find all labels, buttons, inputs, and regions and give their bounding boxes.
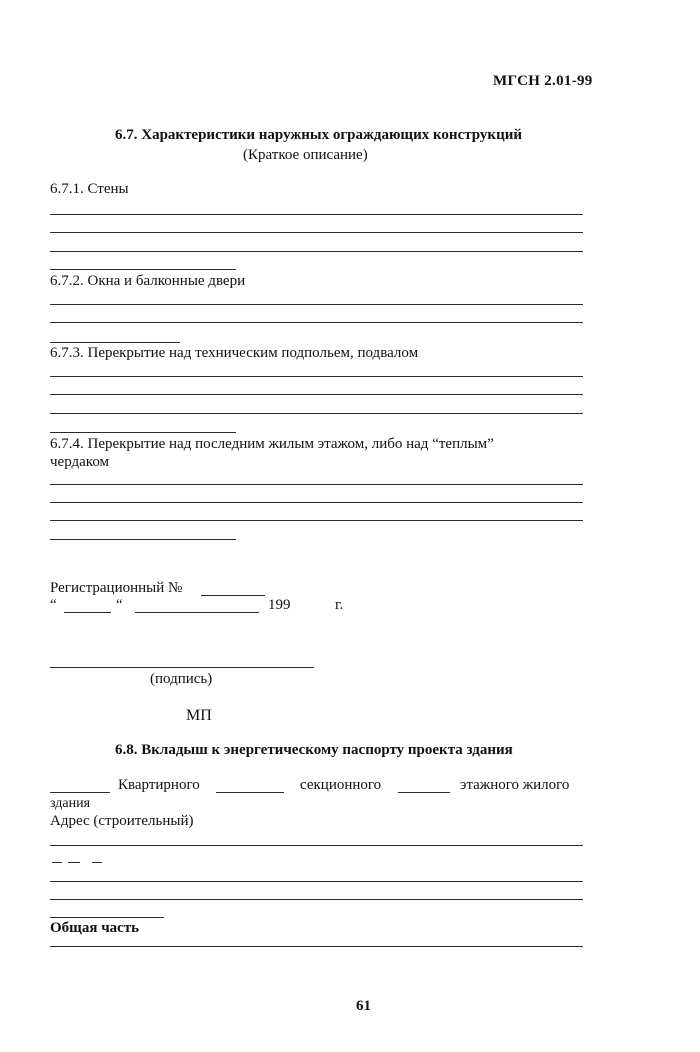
address-fill-line-2[interactable] (50, 881, 583, 882)
walls-fill-line-4[interactable] (50, 269, 236, 270)
address-fill-dash-3 (92, 862, 102, 863)
address-fill-line-4[interactable] (50, 917, 164, 918)
section-6-7-subtitle: (Краткое описание) (243, 147, 368, 164)
item-top-floor-ceiling-label-cont: чердаком (50, 454, 109, 471)
registration-number-label: Регистрационный № (50, 580, 182, 597)
date-month-field[interactable] (135, 612, 259, 613)
general-part-fill-line[interactable] (50, 946, 583, 947)
sections-count-field[interactable] (216, 792, 284, 793)
building-label: здания (50, 795, 90, 812)
date-year-suffix: г. (335, 597, 343, 614)
top-floor-fill-line-4[interactable] (50, 539, 236, 540)
windows-fill-line-2[interactable] (50, 322, 583, 323)
address-fill-line-3[interactable] (50, 899, 583, 900)
section-6-7-title: 6.7. Характеристики наружных ограждающих… (115, 127, 522, 144)
signature-caption: (подпись) (150, 671, 212, 688)
section-6-8-title: 6.8. Вкладыш к энергетическому паспорту … (115, 742, 513, 759)
item-basement-ceiling-label: 6.7.3. Перекрытие над техническим подпол… (50, 345, 418, 362)
basement-fill-line-2[interactable] (50, 394, 583, 395)
top-floor-fill-line-2[interactable] (50, 502, 583, 503)
floors-count-field[interactable] (398, 792, 450, 793)
stamp-label: МП (186, 707, 212, 724)
top-floor-fill-line-1[interactable] (50, 484, 583, 485)
signature-field[interactable] (50, 667, 314, 668)
walls-fill-line-2[interactable] (50, 232, 583, 233)
item-windows-label: 6.7.2. Окна и балконные двери (50, 273, 245, 290)
date-day-field[interactable] (64, 612, 111, 613)
windows-fill-line-3[interactable] (50, 342, 180, 343)
address-fill-line-1[interactable] (50, 845, 583, 846)
date-close-quote: “ (116, 597, 123, 614)
item-top-floor-ceiling-label: 6.7.4. Перекрытие над последним жилым эт… (50, 436, 494, 453)
item-walls-label: 6.7.1. Стены (50, 181, 129, 198)
windows-fill-line-1[interactable] (50, 304, 583, 305)
basement-fill-line-4[interactable] (50, 432, 236, 433)
top-floor-fill-line-3[interactable] (50, 520, 583, 521)
apartments-label: Квартирного (118, 777, 200, 794)
basement-fill-line-1[interactable] (50, 376, 583, 377)
basement-fill-line-3[interactable] (50, 413, 583, 414)
date-year-prefix: 199 (268, 597, 291, 614)
registration-number-field[interactable] (201, 595, 265, 596)
general-part-label: Общая часть (50, 920, 139, 937)
walls-fill-line-3[interactable] (50, 251, 583, 252)
address-fill-dash-1 (52, 862, 62, 863)
date-open-quote: “ (50, 597, 57, 614)
page-number: 61 (356, 998, 371, 1015)
apartments-count-field[interactable] (50, 792, 110, 793)
address-fill-dash-2 (68, 862, 80, 863)
address-label: Адрес (строительный) (50, 813, 194, 830)
walls-fill-line-1[interactable] (50, 214, 583, 215)
document-code: МГСН 2.01-99 (493, 73, 593, 90)
sections-label: секционного (300, 777, 381, 794)
floors-label: этажного жилого (460, 777, 569, 794)
